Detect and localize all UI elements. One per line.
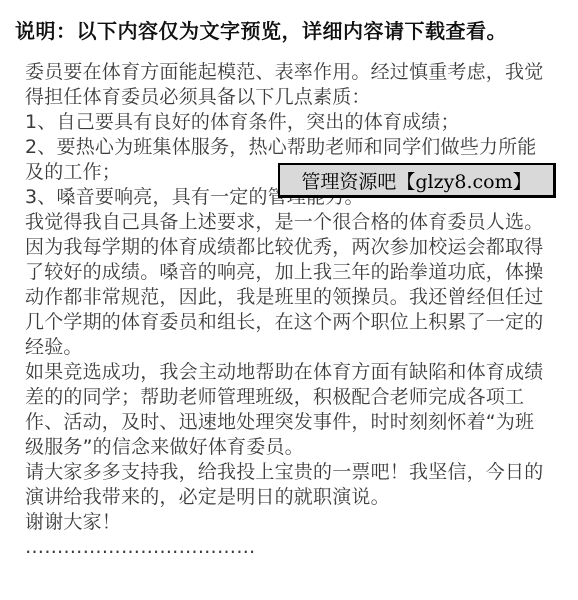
- text-line: 谢谢大家！: [25, 510, 558, 535]
- watermark-box: 管理资源吧【glzy8.com】: [278, 163, 556, 198]
- document-body: 委员要在体育方面能起模范、表率作用。经过慎重考虑，我觉得担任体育委员必须具备以下…: [0, 44, 578, 560]
- preview-notice: 说明：以下内容仅为文字预览，详细内容请下载查看。: [0, 0, 578, 44]
- document-preview-page: 说明：以下内容仅为文字预览，详细内容请下载查看。 委员要在体育方面能起模范、表率…: [0, 0, 578, 600]
- text-line: 了较好的成绩。嗓音的响亮，加上我三年的跆拳道功底，体操: [25, 260, 558, 285]
- text-line: 差的的同学；帮助老师管理班级，积极配合老师完成各项工: [25, 385, 558, 410]
- text-line: 演讲给我带来的，必定是明日的就职演说。: [25, 485, 558, 510]
- text-line: 得担任体育委员必须具备以下几点素质：: [25, 85, 558, 110]
- text-line: 2、要热心为班集体服务，热心帮助老师和同学们做些力所能: [25, 135, 558, 160]
- text-line: 如果竞选成功，我会主动地帮助在体育方面有缺陷和体育成绩: [25, 360, 558, 385]
- text-line: 动作都非常规范，因此，我是班里的领操员。我还曾经但任过: [25, 285, 558, 310]
- text-line: 级服务”的信念来做好体育委员。: [25, 435, 558, 460]
- text-line: 经验。: [25, 335, 558, 360]
- text-line: 我觉得我自己具备上述要求，是一个很合格的体育委员人选。: [25, 210, 558, 235]
- text-line: 请大家多多支持我，给我投上宝贵的一票吧！我坚信，今日的: [25, 460, 558, 485]
- text-line: 1、自己要具有良好的体育条件，突出的体育成绩；: [25, 110, 558, 135]
- text-line: 委员要在体育方面能起模范、表率作用。经过慎重考虑，我觉: [25, 60, 558, 85]
- text-line: 作、活动，及时、迅速地处理突发事件，时时刻刻怀着“为班: [25, 410, 558, 435]
- text-line: 几个学期的体育委员和组长，在这个两个职位上积累了一定的: [25, 310, 558, 335]
- watermark-text: 管理资源吧【glzy8.com】: [301, 167, 531, 194]
- text-line: 因为我每学期的体育成绩都比较优秀，两次参加校运会都取得: [25, 235, 558, 260]
- text-line: ………………………………: [25, 535, 558, 560]
